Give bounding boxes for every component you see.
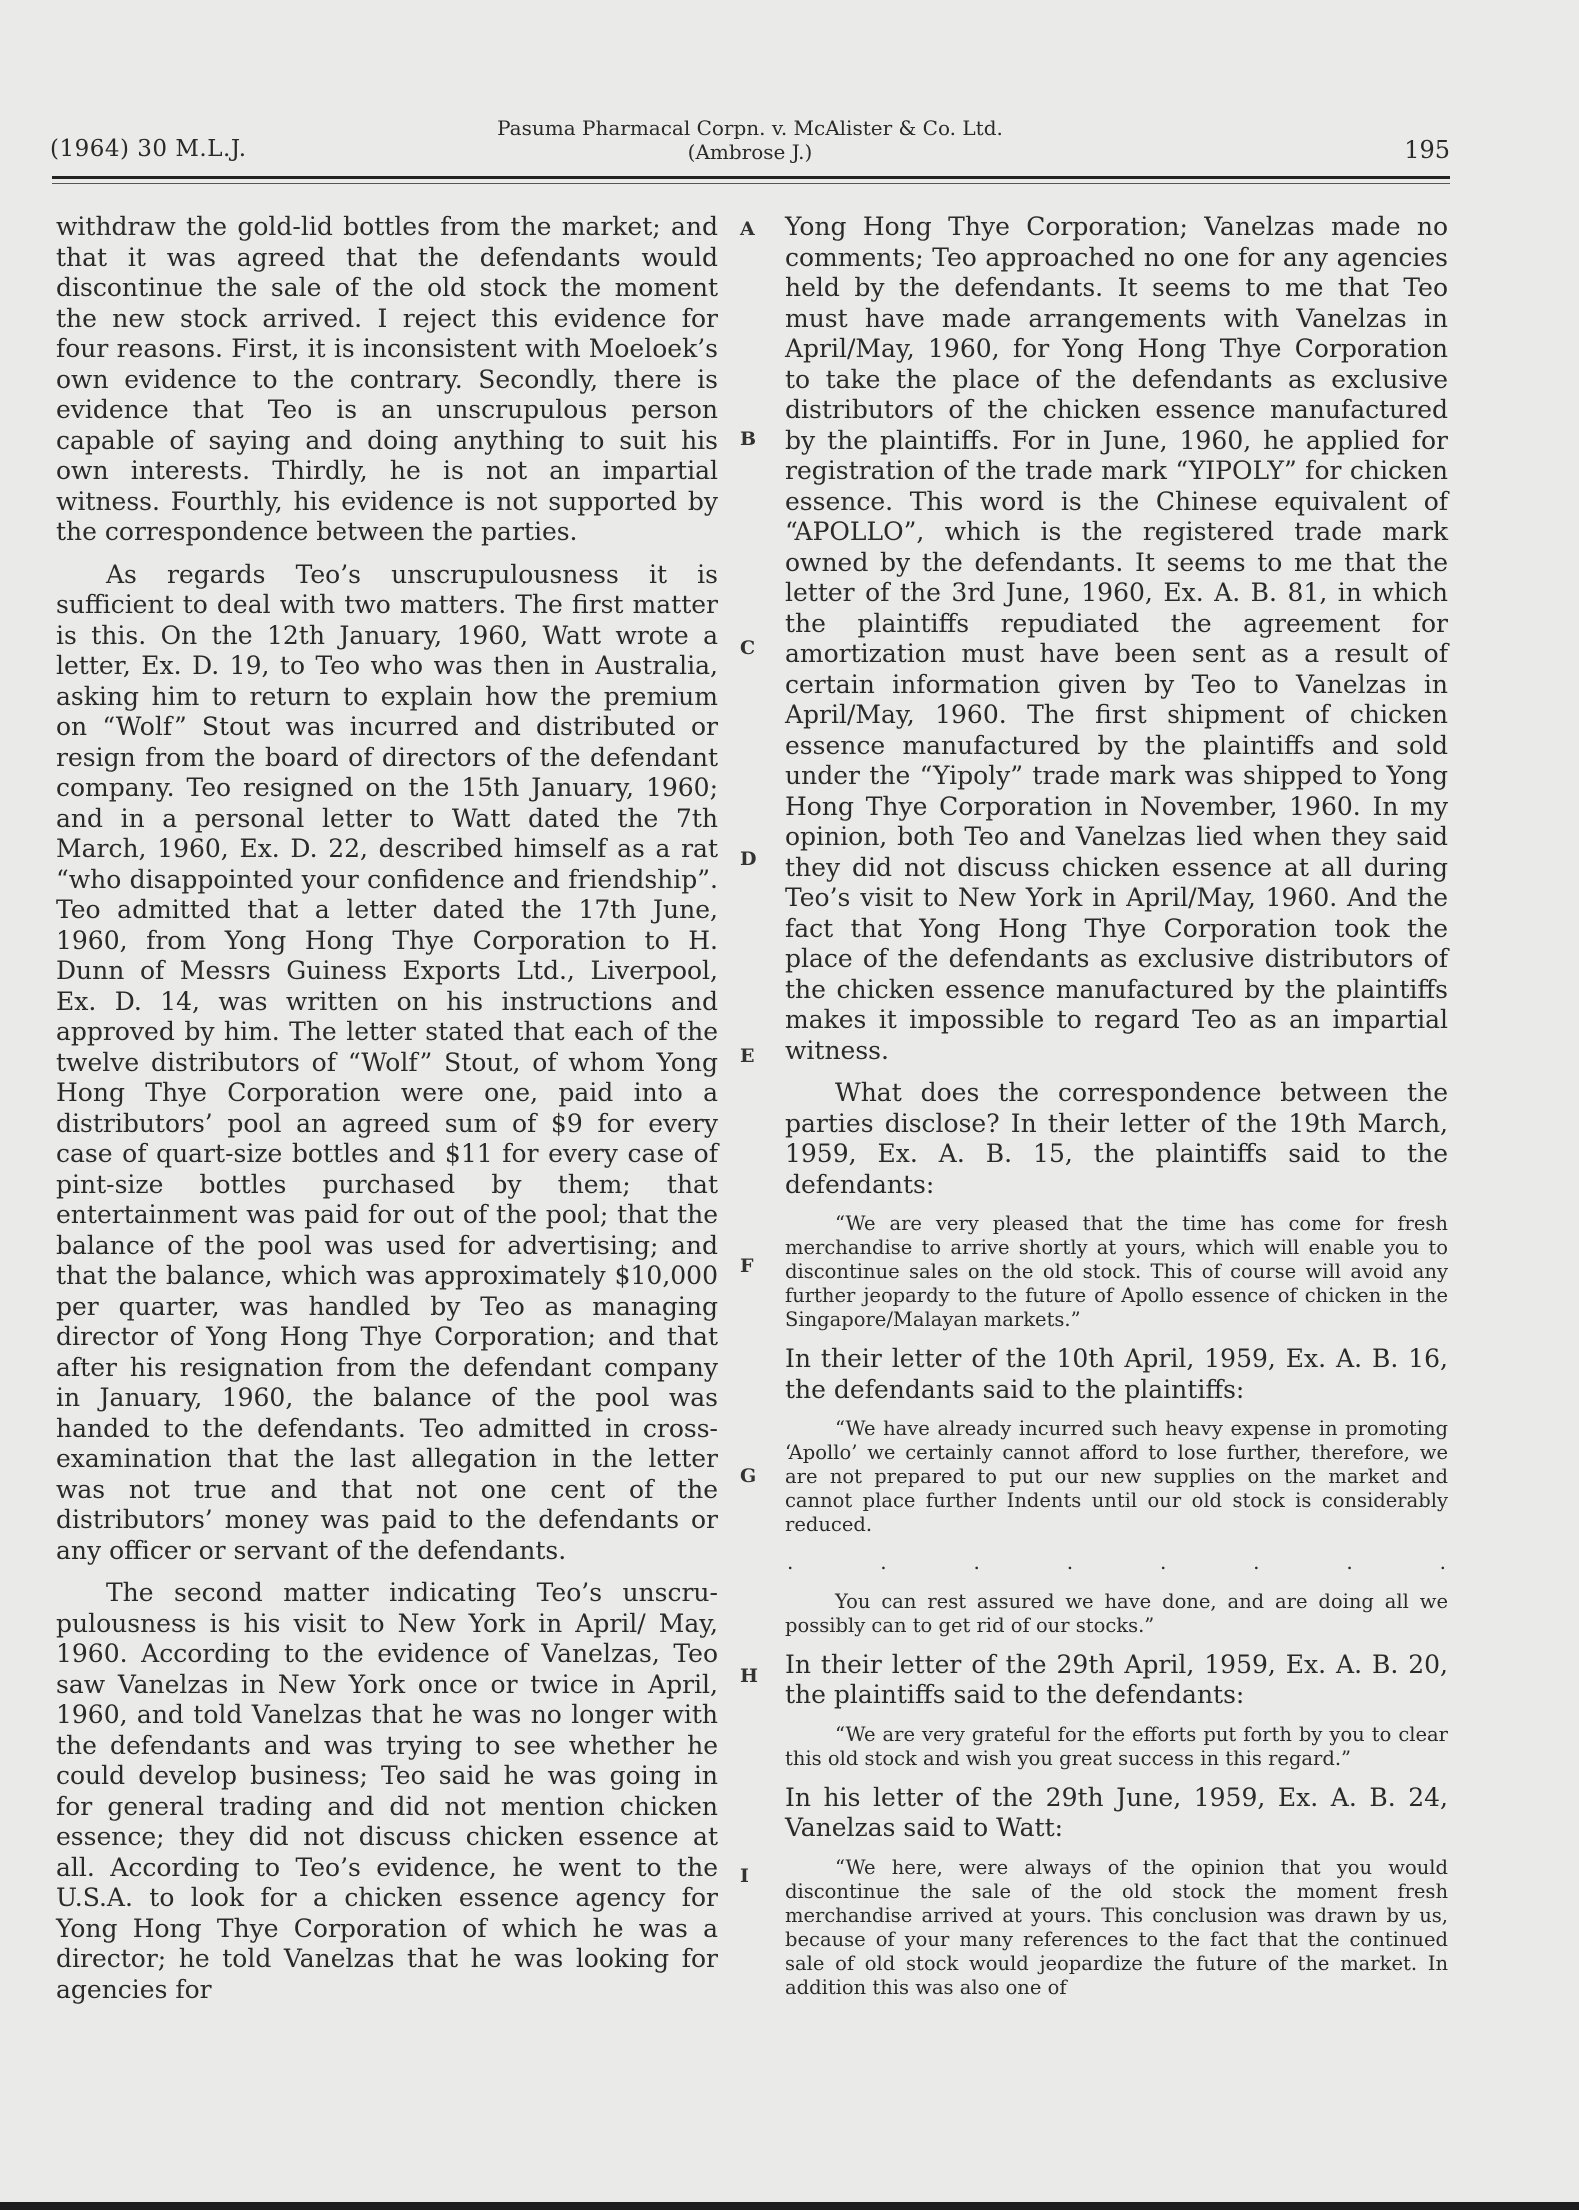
header-rule-thin bbox=[52, 183, 1450, 184]
paragraph: Yong Hong Thye Corporation; Vanelzas mad… bbox=[785, 212, 1448, 1066]
paragraph: As regards Teo’s unscrupulousness it is … bbox=[56, 560, 718, 1567]
margin-marker-e: E bbox=[740, 1045, 754, 1067]
ellipsis-dot: . bbox=[1440, 1547, 1446, 1578]
left-column: withdraw the gold-lid bottles from the m… bbox=[56, 212, 718, 2005]
paragraph: withdraw the gold-lid bottles from the m… bbox=[56, 212, 718, 548]
ellipsis-dot: . bbox=[1160, 1547, 1166, 1578]
margin-marker-b: B bbox=[740, 428, 756, 450]
block-quote: You can rest assured we have done, and a… bbox=[785, 1590, 1448, 1638]
block-quote: “We are very pleased that the time has c… bbox=[785, 1212, 1448, 1332]
ellipsis-dot: . bbox=[880, 1547, 886, 1578]
margin-marker-d: D bbox=[740, 848, 756, 870]
paragraph: What does the correspondence between the… bbox=[785, 1078, 1448, 1200]
margin-marker-h: H bbox=[740, 1665, 758, 1687]
ellipsis-dot: . bbox=[1067, 1547, 1073, 1578]
judge-name: (Ambrose J.) bbox=[50, 140, 1450, 164]
case-heading: Pasuma Pharmacal Corpn. v. McAlister & C… bbox=[50, 116, 1450, 164]
margin-marker-g: G bbox=[740, 1465, 756, 1487]
document-page: (1964) 30 M.L.J. Pasuma Pharmacal Corpn.… bbox=[0, 0, 1579, 2200]
ellipsis-row: . . . . . . . . bbox=[785, 1547, 1448, 1578]
page-number: 195 bbox=[1404, 136, 1450, 164]
ellipsis-dot: . bbox=[787, 1547, 793, 1578]
right-column: Yong Hong Thye Corporation; Vanelzas mad… bbox=[785, 212, 1448, 2012]
ellipsis-dot: . bbox=[973, 1547, 979, 1578]
margin-marker-a: A bbox=[740, 218, 755, 240]
block-quote: “We here, were always of the opinion tha… bbox=[785, 1856, 1448, 2000]
paragraph: In their letter of the 10th April, 1959,… bbox=[785, 1344, 1448, 1405]
paragraph: In his letter of the 29th June, 1959, Ex… bbox=[785, 1783, 1448, 1844]
ellipsis-dot: . bbox=[1346, 1547, 1352, 1578]
ellipsis-dot: . bbox=[1253, 1547, 1259, 1578]
header-rule-thick bbox=[52, 176, 1450, 179]
case-title: Pasuma Pharmacal Corpn. v. McAlister & C… bbox=[50, 116, 1450, 140]
page-edge-shadow bbox=[0, 2202, 1579, 2210]
running-header: (1964) 30 M.L.J. Pasuma Pharmacal Corpn.… bbox=[50, 110, 1450, 170]
margin-marker-c: C bbox=[740, 637, 755, 659]
margin-marker-i: I bbox=[740, 1865, 749, 1887]
block-quote: “We have already incurred such heavy exp… bbox=[785, 1417, 1448, 1537]
paragraph: The second matter indicating Teo’s unscr… bbox=[56, 1578, 718, 2005]
paragraph: In their letter of the 29th April, 1959,… bbox=[785, 1650, 1448, 1711]
margin-marker-f: F bbox=[740, 1255, 754, 1277]
block-quote: “We are very grateful for the efforts pu… bbox=[785, 1723, 1448, 1771]
